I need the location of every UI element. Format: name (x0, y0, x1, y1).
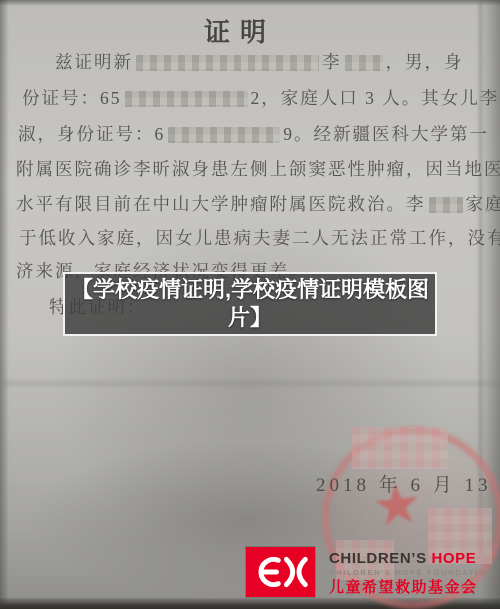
line2-text-b: 2，家庭人口 3 人。其女儿李昕 (251, 88, 500, 108)
caption-text: 【学校疫情证明,学校疫情证明模板图片】 (66, 276, 434, 332)
line1-text-a: 兹证明新 (55, 52, 133, 72)
brand-word: CHILDREN’S (329, 550, 427, 567)
caption-overlay: 【学校疫情证明,学校疫情证明模板图片】 (63, 272, 437, 336)
line1-text-b: 李 (322, 52, 342, 72)
redacted-id-block (168, 127, 280, 143)
line1-text-c: ，男，身 (386, 52, 464, 72)
certificate-line-6: 于低收入家庭，因女儿患病夫妻二人无法正常工作，没有经 (16, 225, 500, 250)
redacted-name-block (136, 55, 319, 71)
certificate-line-4: 附属医院确诊李昕淑身患左侧上颌窦恶性肿瘤，因当地医疗 (16, 156, 500, 181)
certificate-line-5: 水平有限目前在中山大学肿瘤附属医院救治。李家庭属 (16, 191, 500, 216)
certificate-line-2: 份证号：652，家庭人口 3 人。其女儿李昕 (16, 85, 500, 110)
ex-monogram-icon (254, 553, 308, 591)
line2-text-a: 份证号：65 (22, 88, 122, 108)
foundation-logo: CHILDREN’S HOPE CHILDREN'S HOPE FOUNDATI… (246, 547, 494, 597)
certificate-date: 2018 年 6 月 13 日 (316, 470, 500, 497)
redacted-id-block (125, 91, 248, 107)
redacted-name-block (345, 55, 383, 71)
certificate-line-3: 淑，身份证号：69。经新疆医科大学第一 (16, 121, 489, 146)
line3-text-a: 淑，身份证号：6 (18, 124, 165, 144)
paper-crease (0, 382, 500, 385)
line5-text-a: 水平有限目前在中山大学肿瘤附属医院救治。李 (16, 194, 426, 214)
foundation-name-en: CHILDREN’S HOPE (329, 551, 494, 566)
redacted-name-block (429, 197, 463, 213)
photo-of-certificate: 证明 兹证明新李，男，身 份证号：652，家庭人口 3 人。其女儿李昕 淑，身份… (0, 0, 500, 609)
line3-text-b: 9。经新疆医科大学第一 (283, 124, 489, 144)
brand-word-accent: HOPE (431, 550, 476, 567)
foundation-subtitle-en: CHILDREN'S HOPE FOUNDATION (329, 569, 494, 577)
foundation-name-zh: 儿童希望救助基金会 (329, 580, 494, 595)
certificate-title: 证明 (0, 12, 480, 49)
line5-text-b: 家庭属 (466, 194, 500, 214)
seal-redaction-block (352, 427, 448, 469)
children-hope-logo-icon (246, 547, 315, 597)
foundation-logo-text: CHILDREN’S HOPE CHILDREN'S HOPE FOUNDATI… (329, 547, 494, 595)
certificate-line-1: 兹证明新李，男，身 (16, 49, 464, 74)
